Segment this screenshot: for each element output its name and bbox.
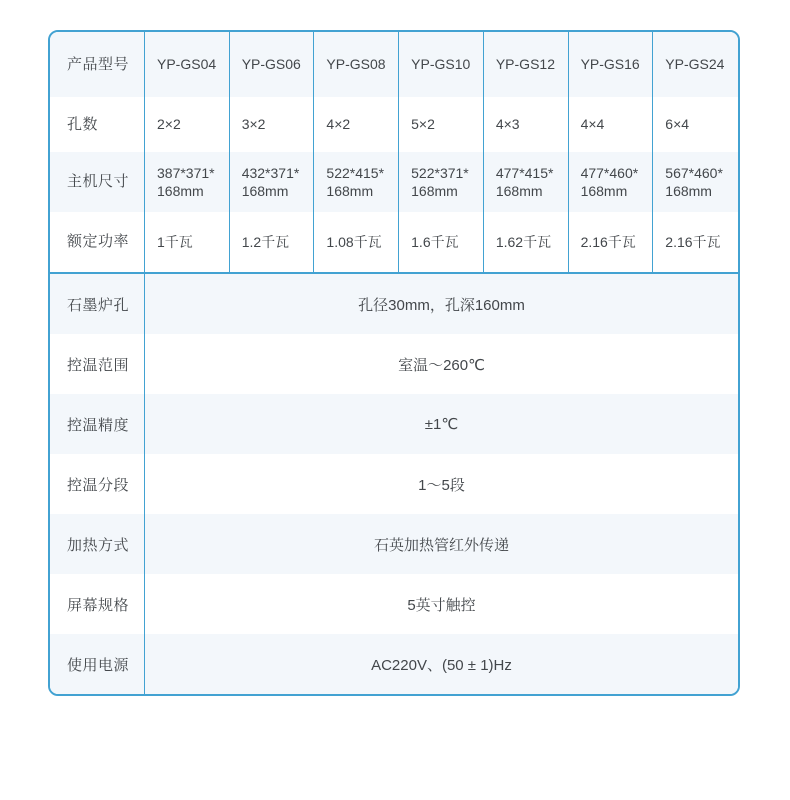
value-cell: 477*415* 168mm [484, 152, 569, 212]
model-cell: YP-GS16 [569, 32, 654, 97]
table-row-rated-power: 额定功率 1千瓦 1.2千瓦 1.08千瓦 1.6千瓦 1.62千瓦 2.16千… [50, 212, 738, 272]
value-cell: 2.16千瓦 [569, 212, 654, 272]
value-cell: 2×2 [145, 97, 230, 152]
spec-label: 额定功率 [50, 212, 145, 272]
table-row-heating-method: 加热方式 石英加热管红外传递 [50, 514, 738, 574]
model-cell: YP-GS12 [484, 32, 569, 97]
table-row-temp-segments: 控温分段 1～5段 [50, 454, 738, 514]
spec-label: 产品型号 [50, 32, 145, 97]
spec-label: 孔数 [50, 97, 145, 152]
model-cell: YP-GS24 [653, 32, 738, 97]
table-row-hole-count: 孔数 2×2 3×2 4×2 5×2 4×3 4×4 6×4 [50, 97, 738, 152]
value-cell: 522*371* 168mm [399, 152, 484, 212]
spec-value: 5英寸触控 [145, 574, 738, 634]
common-specs-section: 石墨炉孔 孔径30mm，孔深160mm 控温范围 室温～260℃ 控温精度 ±1… [50, 272, 738, 694]
spec-label: 屏幕规格 [50, 574, 145, 634]
value-cell: 4×2 [314, 97, 399, 152]
spec-value: 室温～260℃ [145, 334, 738, 394]
table-row-temp-accuracy: 控温精度 ±1℃ [50, 394, 738, 454]
table-row-furnace-hole: 石墨炉孔 孔径30mm，孔深160mm [50, 274, 738, 334]
value-cell: 1.2千瓦 [230, 212, 315, 272]
model-cell: YP-GS04 [145, 32, 230, 97]
table-row-temp-range: 控温范围 室温～260℃ [50, 334, 738, 394]
value-cell: 432*371* 168mm [230, 152, 315, 212]
model-cell: YP-GS08 [314, 32, 399, 97]
value-cell: 522*415* 168mm [314, 152, 399, 212]
model-comparison-section: 产品型号 YP-GS04 YP-GS06 YP-GS08 YP-GS10 YP-… [50, 32, 738, 272]
value-cell: 4×3 [484, 97, 569, 152]
spec-label: 控温精度 [50, 394, 145, 454]
value-cell: 1.08千瓦 [314, 212, 399, 272]
value-cell: 2.16千瓦 [653, 212, 738, 272]
table-row-unit-size: 主机尺寸 387*371* 168mm 432*371* 168mm 522*4… [50, 152, 738, 212]
spec-label: 石墨炉孔 [50, 274, 145, 334]
table-row-power-supply: 使用电源 AC220V、(50 ± 1)Hz [50, 634, 738, 694]
spec-label: 加热方式 [50, 514, 145, 574]
value-cell: 3×2 [230, 97, 315, 152]
value-cell: 387*371* 168mm [145, 152, 230, 212]
product-spec-table: 产品型号 YP-GS04 YP-GS06 YP-GS08 YP-GS10 YP-… [48, 30, 740, 696]
spec-value: 石英加热管红外传递 [145, 514, 738, 574]
table-row-product-model: 产品型号 YP-GS04 YP-GS06 YP-GS08 YP-GS10 YP-… [50, 32, 738, 97]
spec-label: 控温分段 [50, 454, 145, 514]
value-cell: 5×2 [399, 97, 484, 152]
value-cell: 1.6千瓦 [399, 212, 484, 272]
value-cell: 567*460* 168mm [653, 152, 738, 212]
value-cell: 4×4 [569, 97, 654, 152]
spec-value: 1～5段 [145, 454, 738, 514]
spec-value: ±1℃ [145, 394, 738, 454]
spec-value: AC220V、(50 ± 1)Hz [145, 634, 738, 694]
value-cell: 6×4 [653, 97, 738, 152]
spec-value: 孔径30mm，孔深160mm [145, 274, 738, 334]
spec-label: 主机尺寸 [50, 152, 145, 212]
spec-label: 使用电源 [50, 634, 145, 694]
model-cell: YP-GS06 [230, 32, 315, 97]
model-cell: YP-GS10 [399, 32, 484, 97]
value-cell: 1.62千瓦 [484, 212, 569, 272]
spec-label: 控温范围 [50, 334, 145, 394]
table-row-screen-spec: 屏幕规格 5英寸触控 [50, 574, 738, 634]
value-cell: 477*460* 168mm [569, 152, 654, 212]
value-cell: 1千瓦 [145, 212, 230, 272]
